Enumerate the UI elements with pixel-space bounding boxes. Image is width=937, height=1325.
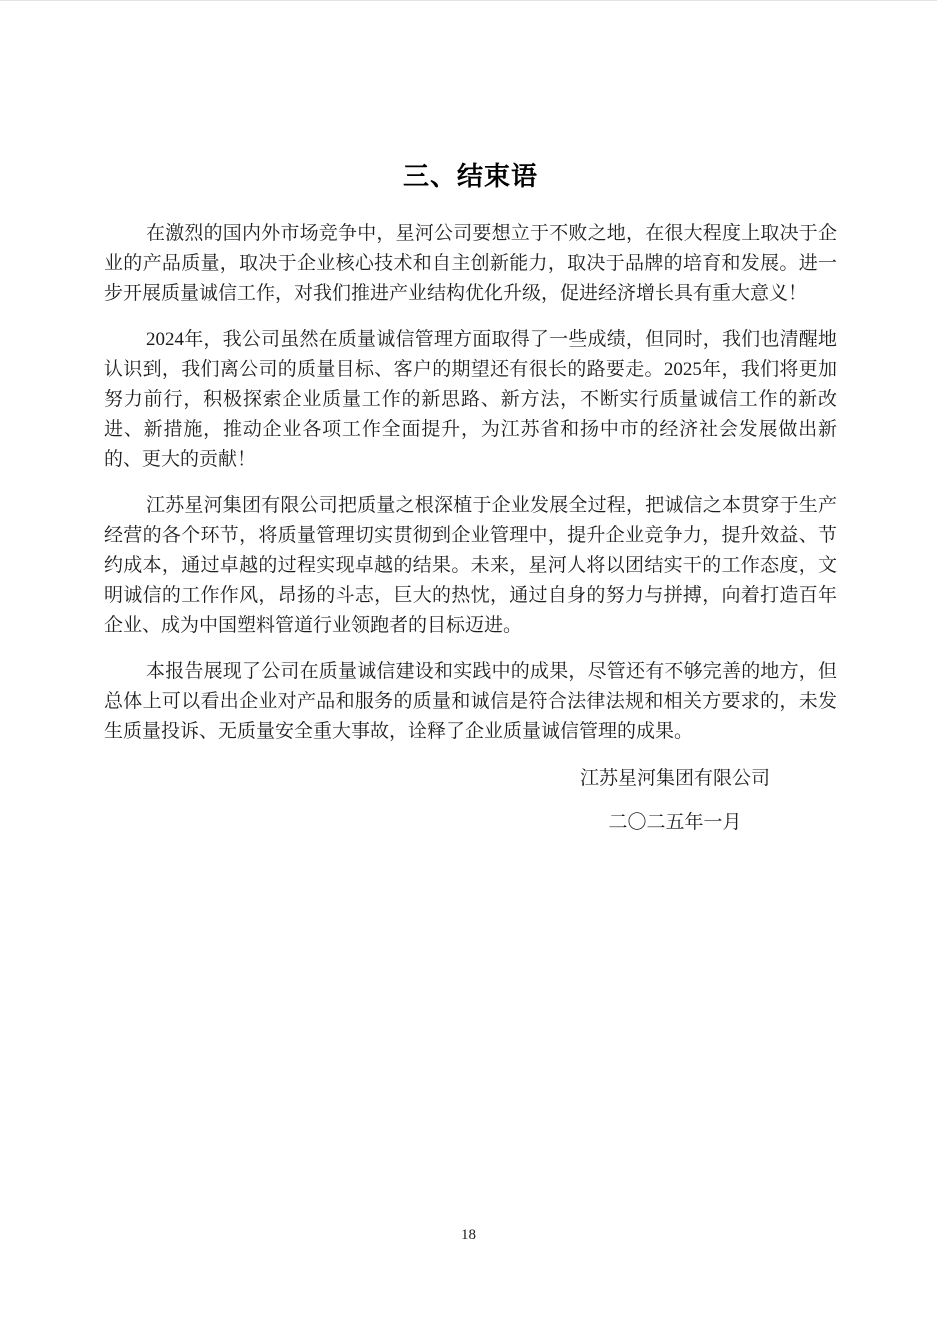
signature-block: 江苏星河集团有限公司 二〇二五年一月 bbox=[104, 764, 770, 838]
paragraph-2: 2024年，我公司虽然在质量诚信管理方面取得了一些成绩，但同时，我们也清醒地认识… bbox=[104, 325, 837, 475]
signature-date: 二〇二五年一月 bbox=[580, 808, 770, 838]
paragraph-1: 在激烈的国内外市场竞争中，星河公司要想立于不败之地，在很大程度上取决于企业的产品… bbox=[104, 219, 837, 309]
document-page: 三、结束语 在激烈的国内外市场竞争中，星河公司要想立于不败之地，在很大程度上取决… bbox=[0, 0, 937, 1325]
paragraph-3: 江苏星河集团有限公司把质量之根深植于企业发展全过程，把诚信之本贯穿于生产经营的各… bbox=[104, 491, 837, 641]
signature-company-name: 江苏星河集团有限公司 bbox=[580, 764, 770, 794]
page-number: 18 bbox=[0, 1225, 937, 1245]
paragraph-4: 本报告展现了公司在质量诚信建设和实践中的成果，尽管还有不够完善的地方，但总体上可… bbox=[104, 657, 837, 747]
section-title: 三、结束语 bbox=[104, 160, 837, 192]
signature-inner: 江苏星河集团有限公司 二〇二五年一月 bbox=[580, 764, 770, 838]
